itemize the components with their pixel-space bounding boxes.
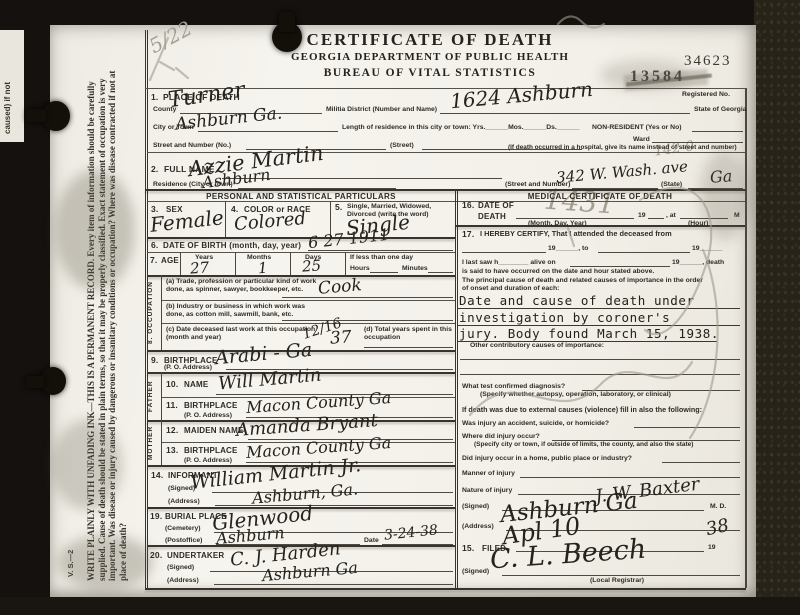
- burial-item-no: 19.: [150, 512, 162, 522]
- occupation-a-value: Cook: [317, 275, 362, 299]
- father-group-label: FATHER: [147, 373, 161, 419]
- q-where-label: Where did injury occur?: [462, 433, 540, 441]
- mother-maiden-item-no: 12.: [166, 426, 178, 436]
- dod-at-label: , at: [666, 212, 676, 220]
- edge-fragment-text: caused) if not: [3, 38, 12, 134]
- cause-line-2: investigation by coroner's: [459, 310, 670, 325]
- age-days-value: 25: [301, 256, 321, 275]
- burial-postoffice-label: (Postoffice): [165, 537, 202, 545]
- md-signed-label: (Signed): [462, 503, 489, 511]
- q-nature-label: Nature of injury: [462, 487, 512, 495]
- undertaker-label: UNDERTAKER: [167, 551, 224, 560]
- fill-line: [572, 187, 658, 189]
- occupation-a-label: (a) Trade, profession or particular kind…: [166, 278, 318, 294]
- age-years-value: 27: [189, 258, 209, 277]
- smudge: [700, 150, 750, 240]
- pencil-note-top-left: 5/22: [145, 16, 196, 58]
- fill-line: [428, 271, 453, 273]
- certify-last-saw-cont: is said to have occurred on the date and…: [462, 268, 654, 276]
- certify-from-year: 19______, to: [548, 245, 588, 253]
- q-accident-label: Was injury an accident, suicide, or homi…: [462, 420, 609, 428]
- rule-line: [161, 323, 455, 324]
- md-address-label: (Address): [462, 523, 494, 531]
- age-minutes-label: Minutes: [402, 265, 428, 273]
- smudge: [55, 170, 135, 290]
- certify-to-year: 19______: [692, 245, 722, 253]
- certify-last-saw-year: 19______, death: [672, 259, 724, 267]
- street-number-label: Street and Number (No.): [153, 142, 231, 150]
- fill-line: [460, 373, 740, 375]
- cell-border: [290, 252, 291, 275]
- mother-birthplace-sub-label: (P. O. Address): [184, 457, 232, 465]
- fill-line: [652, 141, 743, 143]
- smudge: [600, 60, 690, 90]
- ward-label: Ward: [633, 136, 650, 144]
- test-sub-label: (Specify whether autopsy, operation, lab…: [480, 391, 671, 399]
- father-birthplace-item-no: 11.: [166, 401, 178, 411]
- fill-line: [382, 543, 453, 545]
- cell-border: [225, 201, 226, 237]
- residence-length-label: Length of residence in this city or town…: [342, 124, 580, 132]
- occupation-group-label: 8. OCCUPATION: [147, 277, 161, 349]
- fill-line: [214, 583, 453, 585]
- fill-line: [598, 251, 690, 253]
- burial-date-label: Date: [364, 537, 379, 545]
- fill-line: [457, 307, 740, 309]
- mother-label-text: MOTHER: [147, 425, 154, 459]
- test-label: What test confirmed diagnosis?: [462, 383, 565, 391]
- age-less-than-day-label: If less than one day: [350, 254, 413, 262]
- fill-line: [570, 265, 670, 267]
- age-label: AGE: [161, 256, 179, 265]
- full-name-item-no: 2.: [151, 165, 159, 175]
- undertaker-address-label: (Address): [167, 577, 199, 585]
- dod-label-2: DEATH: [478, 212, 506, 221]
- hospital-note: (If death occurred in a hospital, give i…: [508, 144, 737, 151]
- dod-label-1: DATE OF: [478, 201, 514, 210]
- mother-birthplace-item-no: 13.: [166, 446, 178, 456]
- adjacent-page-edge: caused) if not: [0, 30, 24, 142]
- age-hours-label: Hours: [350, 265, 370, 273]
- cell-border: [180, 252, 181, 275]
- filed-item-no: 15.: [462, 544, 474, 554]
- cell-border: [345, 252, 346, 275]
- father-birthplace-label: BIRTHPLACE: [184, 401, 238, 410]
- occupation-c-year: 37: [329, 327, 352, 348]
- state-of-georgia-label: State of Georgia: [694, 106, 747, 114]
- certify-text: I HEREBY CERTIFY, That I attended the de…: [480, 230, 672, 239]
- birthplace-item-no: 9.: [151, 356, 159, 366]
- birth-date-label: DATE OF BIRTH (month, day, year): [163, 241, 301, 250]
- punch-hole-top-stem: [279, 12, 295, 32]
- fill-line: [520, 476, 740, 478]
- nonresident-label: NON-RESIDENT (Yes or No): [592, 124, 682, 132]
- father-label-text: FATHER: [147, 380, 154, 412]
- md-label: M. D.: [710, 503, 726, 511]
- department-line: GEORGIA DEPARTMENT OF PUBLIC HEALTH: [240, 51, 620, 63]
- punch-hole-left-lower-stem: [26, 376, 44, 388]
- occupation-item-no: 8.: [147, 337, 154, 344]
- q-manner-label: Manner of injury: [462, 470, 515, 478]
- mother-group-label: MOTHER: [147, 421, 161, 464]
- informant-item-no: 14.: [151, 471, 163, 481]
- certify-last-saw: I last saw h________ alive on: [462, 259, 556, 267]
- scan-background-right: [754, 0, 800, 615]
- smudge: [58, 535, 153, 590]
- smudge: [52, 420, 122, 510]
- cell-border: [161, 420, 162, 465]
- father-name-label: NAME: [184, 380, 208, 389]
- fill-line: [692, 130, 743, 132]
- burial-cemetery-label: (Cemetery): [165, 525, 201, 533]
- fill-line: [662, 461, 740, 463]
- rule-line: [145, 588, 746, 590]
- birthplace-sub-label: (P. O. Address): [164, 364, 212, 372]
- burial-date-value: 3-24-38: [383, 522, 438, 544]
- militia-value: 1624 Ashburn: [449, 77, 594, 113]
- informant-address-label: (Address): [168, 498, 200, 506]
- filed-year-prefix: 19: [708, 544, 716, 552]
- fill-line: [282, 296, 453, 298]
- birth-date-item-no: 6.: [151, 241, 159, 251]
- birthplace-value: Arabi - Ga: [214, 339, 313, 369]
- dod-item-no: 16.: [462, 201, 474, 211]
- external-label: If death was due to external causes (vio…: [462, 406, 702, 414]
- fill-line: [462, 251, 546, 253]
- fill-line: [440, 112, 690, 114]
- q-home-label: Did injury occur in a home, public place…: [462, 455, 632, 463]
- filed-year-value: 38: [704, 515, 731, 540]
- age-item-no: 7.: [150, 256, 158, 266]
- cell-border: [161, 275, 162, 350]
- fill-line: [516, 217, 634, 219]
- certificate-paper: WRITE PLAINLY WITH UNFADING INK—THIS IS …: [50, 25, 756, 597]
- residence-state-label: (State): [661, 181, 682, 189]
- fill-line: [460, 358, 740, 360]
- registered-no-label: Registered No.: [682, 91, 730, 99]
- cell-border: [235, 252, 236, 275]
- occupation-d-label: (d) Total years spent in this occupation: [364, 326, 452, 342]
- undertaker-signed-label: (Signed): [167, 564, 194, 572]
- dod-sub-label: (Month, Day, Year): [528, 220, 587, 228]
- rule-line: [147, 237, 455, 239]
- place-item-no: 1.: [151, 93, 159, 103]
- occupation-label: OCCUPATION: [147, 282, 154, 335]
- file-number: 34623: [684, 53, 732, 70]
- occupation-b-label: (b) Industry or business in which work w…: [166, 303, 318, 319]
- q-where-sub-label: (Specify city or town, if outside of lim…: [474, 441, 693, 448]
- fill-line: [648, 217, 664, 219]
- bureau-line: BUREAU OF VITAL STATISTICS: [240, 67, 620, 79]
- certify-principal-1: The principal cause of death and related…: [462, 277, 703, 285]
- fill-line: [370, 271, 398, 273]
- personal-section-title: PERSONAL AND STATISTICAL PARTICULARS: [147, 192, 455, 201]
- form-right-border: [745, 88, 747, 588]
- scan-background-bottom: [0, 597, 800, 615]
- dod-year-prefix: 19: [638, 212, 646, 220]
- certify-item-no: 17.: [462, 230, 474, 240]
- age-months-value: 1: [257, 259, 268, 278]
- registrar-sub-label: (Local Registrar): [590, 577, 644, 585]
- father-birthplace-sub-label: (P. O. Address): [184, 412, 232, 420]
- marital-item-no: 5.: [335, 203, 343, 213]
- fill-line: [198, 130, 338, 132]
- street-label: (Street): [390, 142, 414, 150]
- certify-principal-2: of onset and duration of each:: [462, 285, 559, 293]
- cause-line-1: Date and cause of death under: [459, 293, 695, 308]
- fill-line: [502, 574, 740, 576]
- rule-line: [145, 189, 746, 191]
- scanned-death-certificate: caused) if not WRITE PLAINLY WITH UNFADI…: [0, 0, 800, 615]
- fill-line: [364, 346, 453, 348]
- rule-line: [161, 300, 455, 301]
- rule-line: [147, 252, 455, 253]
- fill-line: [238, 187, 396, 189]
- punch-hole-left-upper-stem: [26, 109, 46, 122]
- fill-line: [215, 504, 453, 506]
- cell-border: [161, 372, 162, 420]
- militia-label: Militia District (Number and Name): [326, 106, 437, 114]
- father-name-item-no: 10.: [166, 380, 178, 390]
- contributory-label: Other contributory causes of importance:: [470, 342, 604, 350]
- cause-line-3: jury. Body found March 15, 1938.: [459, 326, 719, 341]
- sex-value: Female: [149, 205, 225, 237]
- fill-line: [282, 319, 453, 321]
- mother-birthplace-label: BIRTHPLACE: [184, 446, 238, 455]
- mother-maiden-label: MAIDEN NAME: [184, 426, 244, 435]
- punch-hole-left-upper: [42, 101, 70, 131]
- fill-line: [634, 426, 740, 428]
- column-divider: [455, 189, 458, 588]
- registrar-signed-label: (Signed): [462, 568, 489, 576]
